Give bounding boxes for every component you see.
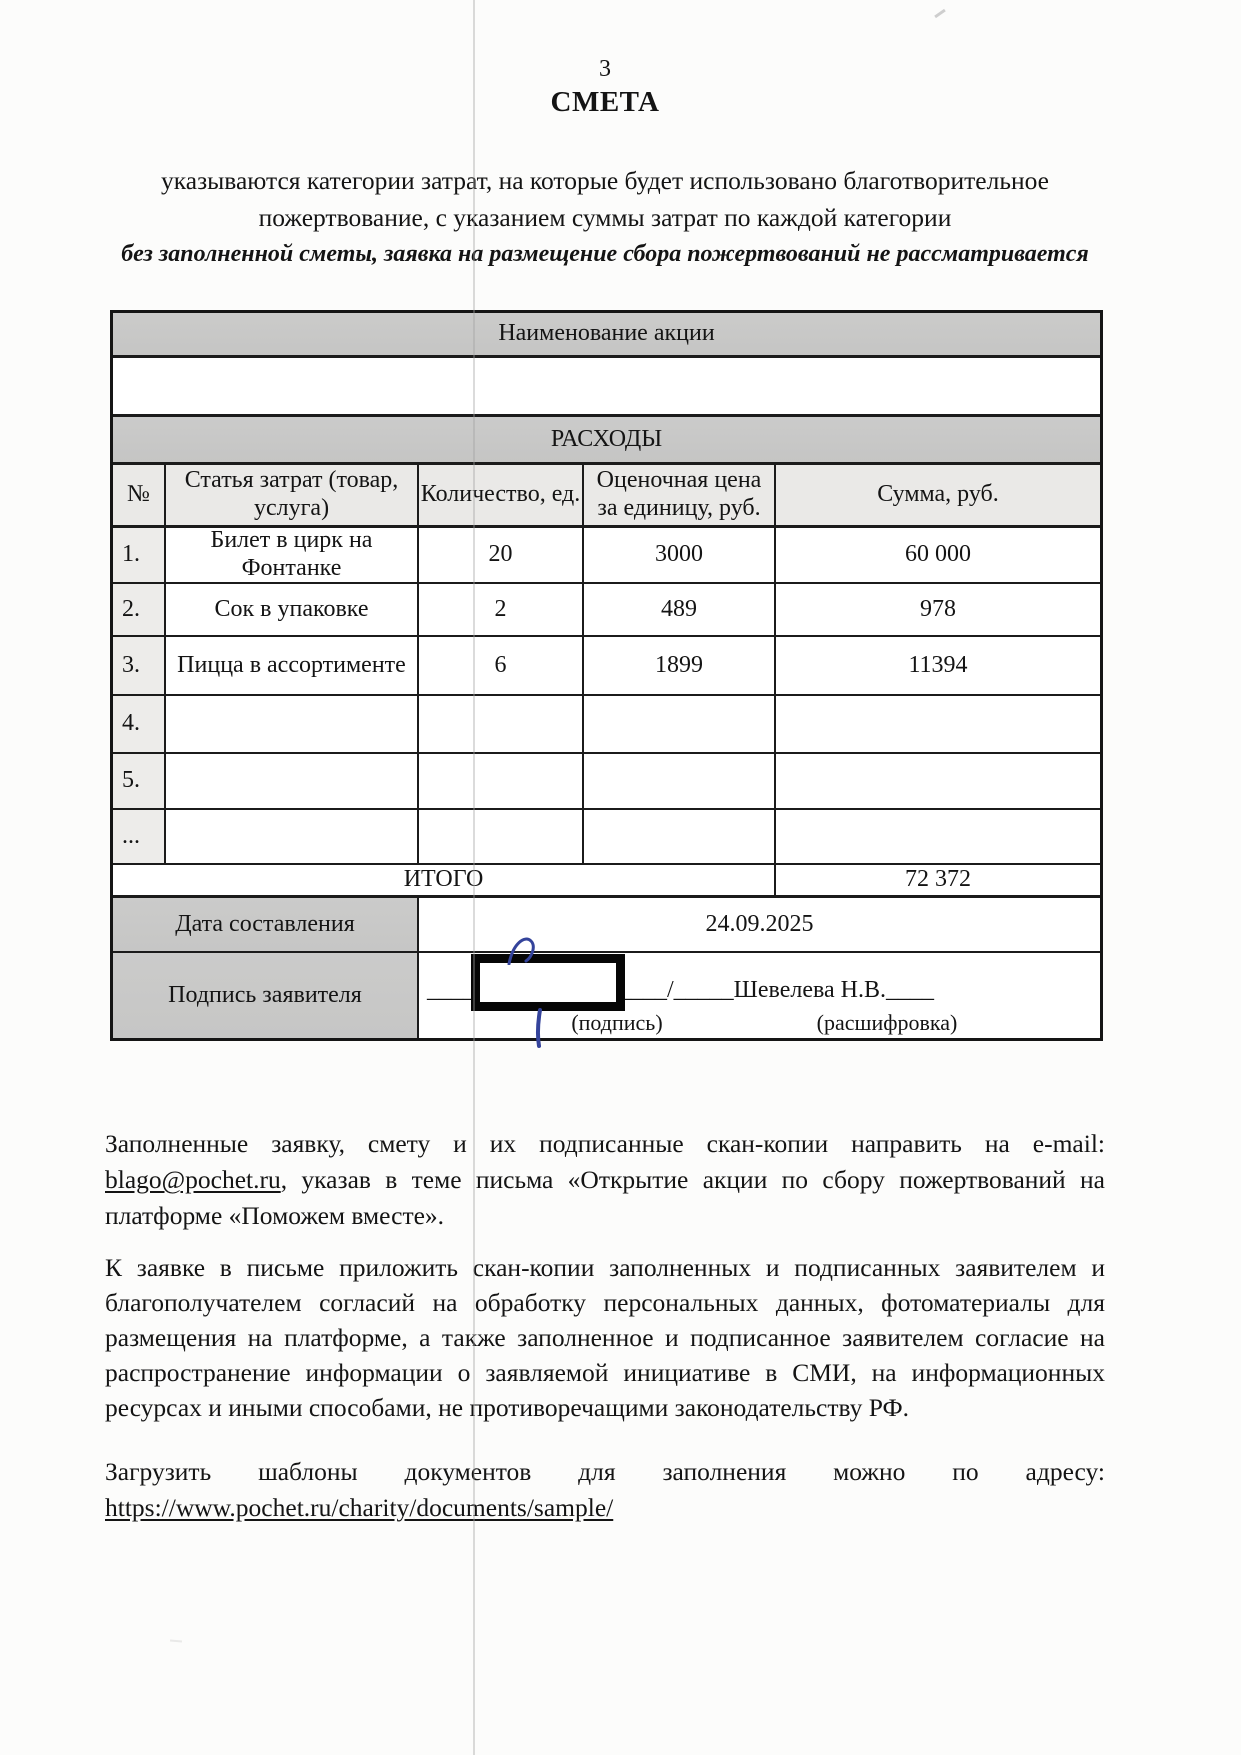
signature-captions: (подпись) (расшифровка): [419, 1010, 1100, 1036]
paragraph-templates: Загрузить шаблоны документов для заполне…: [105, 1454, 1105, 1526]
row-price: [584, 810, 776, 865]
row-qty: 6: [419, 637, 584, 696]
row-qty: [419, 810, 584, 865]
row-num: 4.: [113, 696, 166, 754]
row-sum: [776, 810, 1100, 865]
total-label: ИТОГО: [113, 865, 776, 898]
row-num: 5.: [113, 754, 166, 810]
paragraph-email-instructions: Заполненные заявку, смету и их подписанн…: [105, 1126, 1105, 1234]
col-header-qty: Количество, ед.: [419, 465, 584, 528]
col-header-item: Статья затрат (товар, услуга): [166, 465, 419, 528]
row-item: [166, 754, 419, 810]
row-price: 3000: [584, 528, 776, 584]
p1-text-before-email: Заполненные заявку, смету и их подписанн…: [105, 1129, 1105, 1158]
row-num: 3.: [113, 637, 166, 696]
row-qty: 2: [419, 584, 584, 637]
templates-url-link[interactable]: https://www.pochet.ru/charity/documents/…: [105, 1493, 613, 1522]
row-qty: [419, 754, 584, 810]
row-item: Сок в упаковке: [166, 584, 419, 637]
col-header-price: Оценочная цена за единицу, руб.: [584, 465, 776, 528]
caption-transcript: (расшифровка): [817, 1010, 958, 1035]
row-price: 1899: [584, 637, 776, 696]
total-value: 72 372: [776, 865, 1100, 898]
signature-cell: ____________________/_____Шевелева Н.В._…: [419, 953, 1100, 1038]
row-sum: 11394: [776, 637, 1100, 696]
row-qty: 20: [419, 528, 584, 584]
signature-slash: /: [667, 977, 674, 1003]
col-header-num: №: [113, 465, 166, 528]
signature-redaction-box: [471, 954, 625, 1011]
date-label: Дата составления: [113, 898, 419, 953]
caption-signature: (подпись): [571, 1010, 662, 1035]
row-price: [584, 754, 776, 810]
row-num: ...: [113, 810, 166, 865]
row-price: 489: [584, 584, 776, 637]
row-num: 1.: [113, 528, 166, 584]
row-item: Билет в цирк на Фонтанке: [166, 528, 419, 584]
row-item: Пицца в ассортименте: [166, 637, 419, 696]
scan-speck: [170, 1639, 182, 1642]
scanned-document-page: 3 СМЕТА указываются категории затрат, на…: [0, 0, 1241, 1755]
row-qty: [419, 696, 584, 754]
row-sum: [776, 696, 1100, 754]
col-header-sum: Сумма, руб.: [776, 465, 1100, 528]
signature-label: Подпись заявителя: [113, 953, 419, 1038]
row-item: [166, 810, 419, 865]
scan-speck: [934, 9, 946, 18]
action-name-value: [113, 358, 1100, 417]
row-sum: [776, 754, 1100, 810]
signature-name: Шевелева Н.В.: [734, 977, 886, 1003]
email-link[interactable]: blago@pochet.ru: [105, 1165, 281, 1194]
table-section-expenses: РАСХОДЫ: [113, 417, 1100, 465]
intro-line-2: пожертвование, с указанием суммы затрат …: [105, 203, 1105, 233]
row-sum: 60 000: [776, 528, 1100, 584]
date-value: 24.09.2025: [419, 898, 1100, 953]
row-sum: 978: [776, 584, 1100, 637]
intro-line-1: указываются категории затрат, на которые…: [105, 166, 1105, 196]
row-num: 2.: [113, 584, 166, 637]
warning-note: без заполненной сметы, заявка на размеще…: [105, 241, 1105, 268]
row-item: [166, 696, 419, 754]
document-title: СМЕТА: [105, 86, 1105, 119]
table-header-action-name: Наименование акции: [113, 313, 1100, 358]
paragraph-attachments-instructions: К заявке в письме приложить скан-копии з…: [105, 1250, 1105, 1425]
page-number: 3: [105, 56, 1105, 83]
signature-underscores-after: ____: [886, 977, 934, 1003]
signature-underscores-mid: _____: [674, 977, 734, 1003]
p3-label: Загрузить шаблоны документов для заполне…: [105, 1457, 1105, 1486]
budget-table: Наименование акции РАСХОДЫ № Статья затр…: [110, 310, 1103, 1041]
row-price: [584, 696, 776, 754]
